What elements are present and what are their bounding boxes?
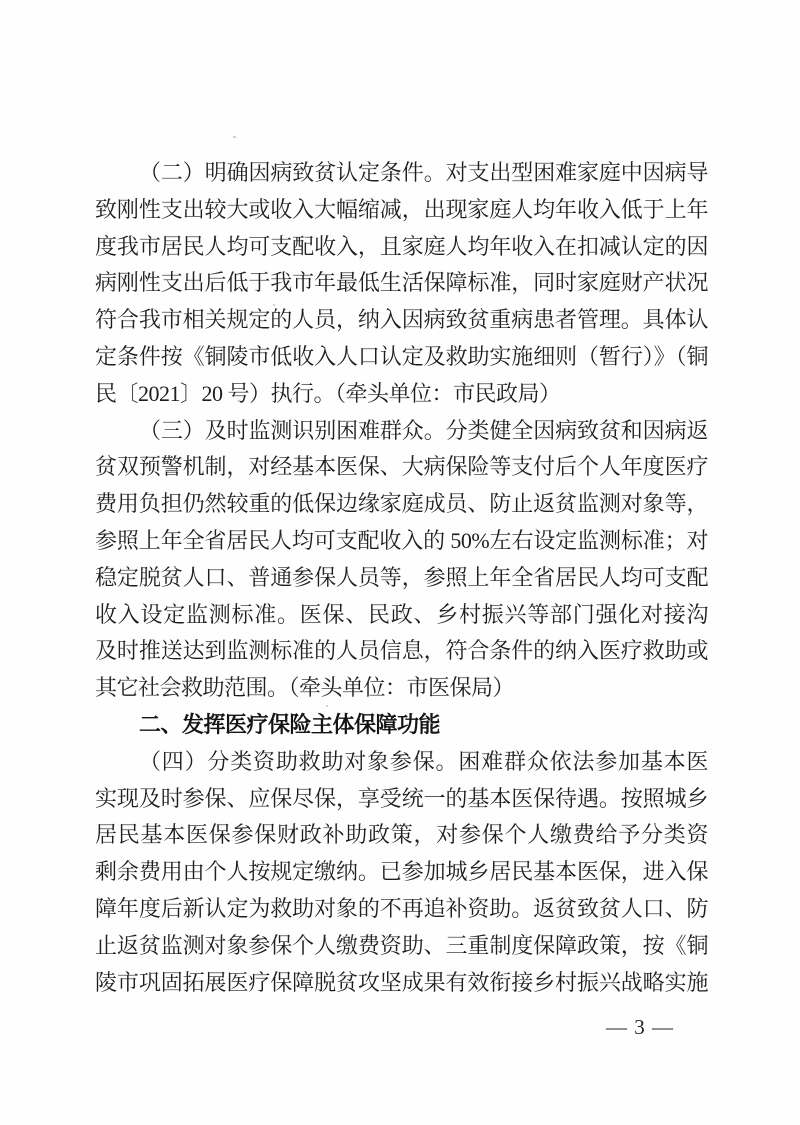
paragraph-2-line: 民〔2021〕20 号）执行。（牵头单位：市民政局） <box>95 376 708 413</box>
paragraph-3-line: 贫双预警机制，对经基本医保、大病保险等支付后个人年度医疗 <box>95 449 708 486</box>
paragraph-4-line: 障年度后新认定为救助对象的不再追补资助。返贫致贫人口、防 <box>95 891 708 928</box>
paragraph-3-line: 费用负担仍然较重的低保边缘家庭成员、防止返贫监测对象等， <box>95 486 708 523</box>
paragraph-4-line: （四）分类资助救助对象参保。困难群众依法参加基本医保， <box>95 744 708 781</box>
paragraph-4-line: 陵市巩固拓展医疗保障脱贫攻坚成果有效衔接乡村振兴战略实施 <box>95 965 708 1002</box>
scan-speck <box>233 136 236 138</box>
paragraph-2-line: 定条件按《铜陵市低收入人口认定及救助实施细则（暂行）》（铜 <box>95 339 708 376</box>
paragraph-3-line: 参照上年全省居民人均可支配收入的 50%左右设定监测标准；对 <box>95 523 708 560</box>
paragraph-3-line: （三）及时监测识别困难群众。分类健全因病致贫和因病返 <box>95 413 708 450</box>
paragraph-3-line: 收入设定监测标准。医保、民政、乡村振兴等部门强化对接沟通， <box>95 597 708 634</box>
paragraph-4-line: 止返贫监测对象参保个人缴费资助、三重制度保障政策，按《铜 <box>95 928 708 965</box>
paragraph-4-line: 剩余费用由个人按规定缴纳。已参加城乡居民基本医保，进入保 <box>95 854 708 891</box>
paragraph-3-line: 稳定脱贫人口、普通参保人员等，参照上年全省居民人均可支配 <box>95 560 708 597</box>
section-heading: 二、发挥医疗保险主体保障功能 <box>95 707 708 744</box>
page-number: — 3 — <box>606 1014 674 1040</box>
paragraph-3-line: 及时推送达到监测标准的人员信息，符合条件的纳入医疗救助或 <box>95 633 708 670</box>
paragraph-2-line: 度我市居民人均可支配收入，且家庭人均年收入在扣减认定的因 <box>95 229 708 266</box>
paragraph-2-line: （二）明确因病致贫认定条件。对支出型困难家庭中因病导 <box>95 155 708 192</box>
paragraph-2-line: 符合我市相关规定的人员，纳入因病致贫重病患者管理。具体认 <box>95 302 708 339</box>
document-page: （二）明确因病致贫认定条件。对支出型困难家庭中因病导 致刚性支出较大或收入大幅缩… <box>0 0 800 1125</box>
paragraph-4-line: 实现及时参保、应保尽保，享受统一的基本医保待遇。按照城乡 <box>95 781 708 818</box>
document-body: （二）明确因病致贫认定条件。对支出型困难家庭中因病导 致刚性支出较大或收入大幅缩… <box>95 155 708 1001</box>
paragraph-2-line: 病刚性支出后低于我市年最低生活保障标准，同时家庭财产状况 <box>95 265 708 302</box>
paragraph-3-line: 其它社会救助范围。（牵头单位：市医保局） <box>95 670 708 707</box>
paragraph-2-line: 致刚性支出较大或收入大幅缩减，出现家庭人均年收入低于上年 <box>95 192 708 229</box>
paragraph-4-line: 居民基本医保参保财政补助政策，对参保个人缴费给予分类资助， <box>95 817 708 854</box>
